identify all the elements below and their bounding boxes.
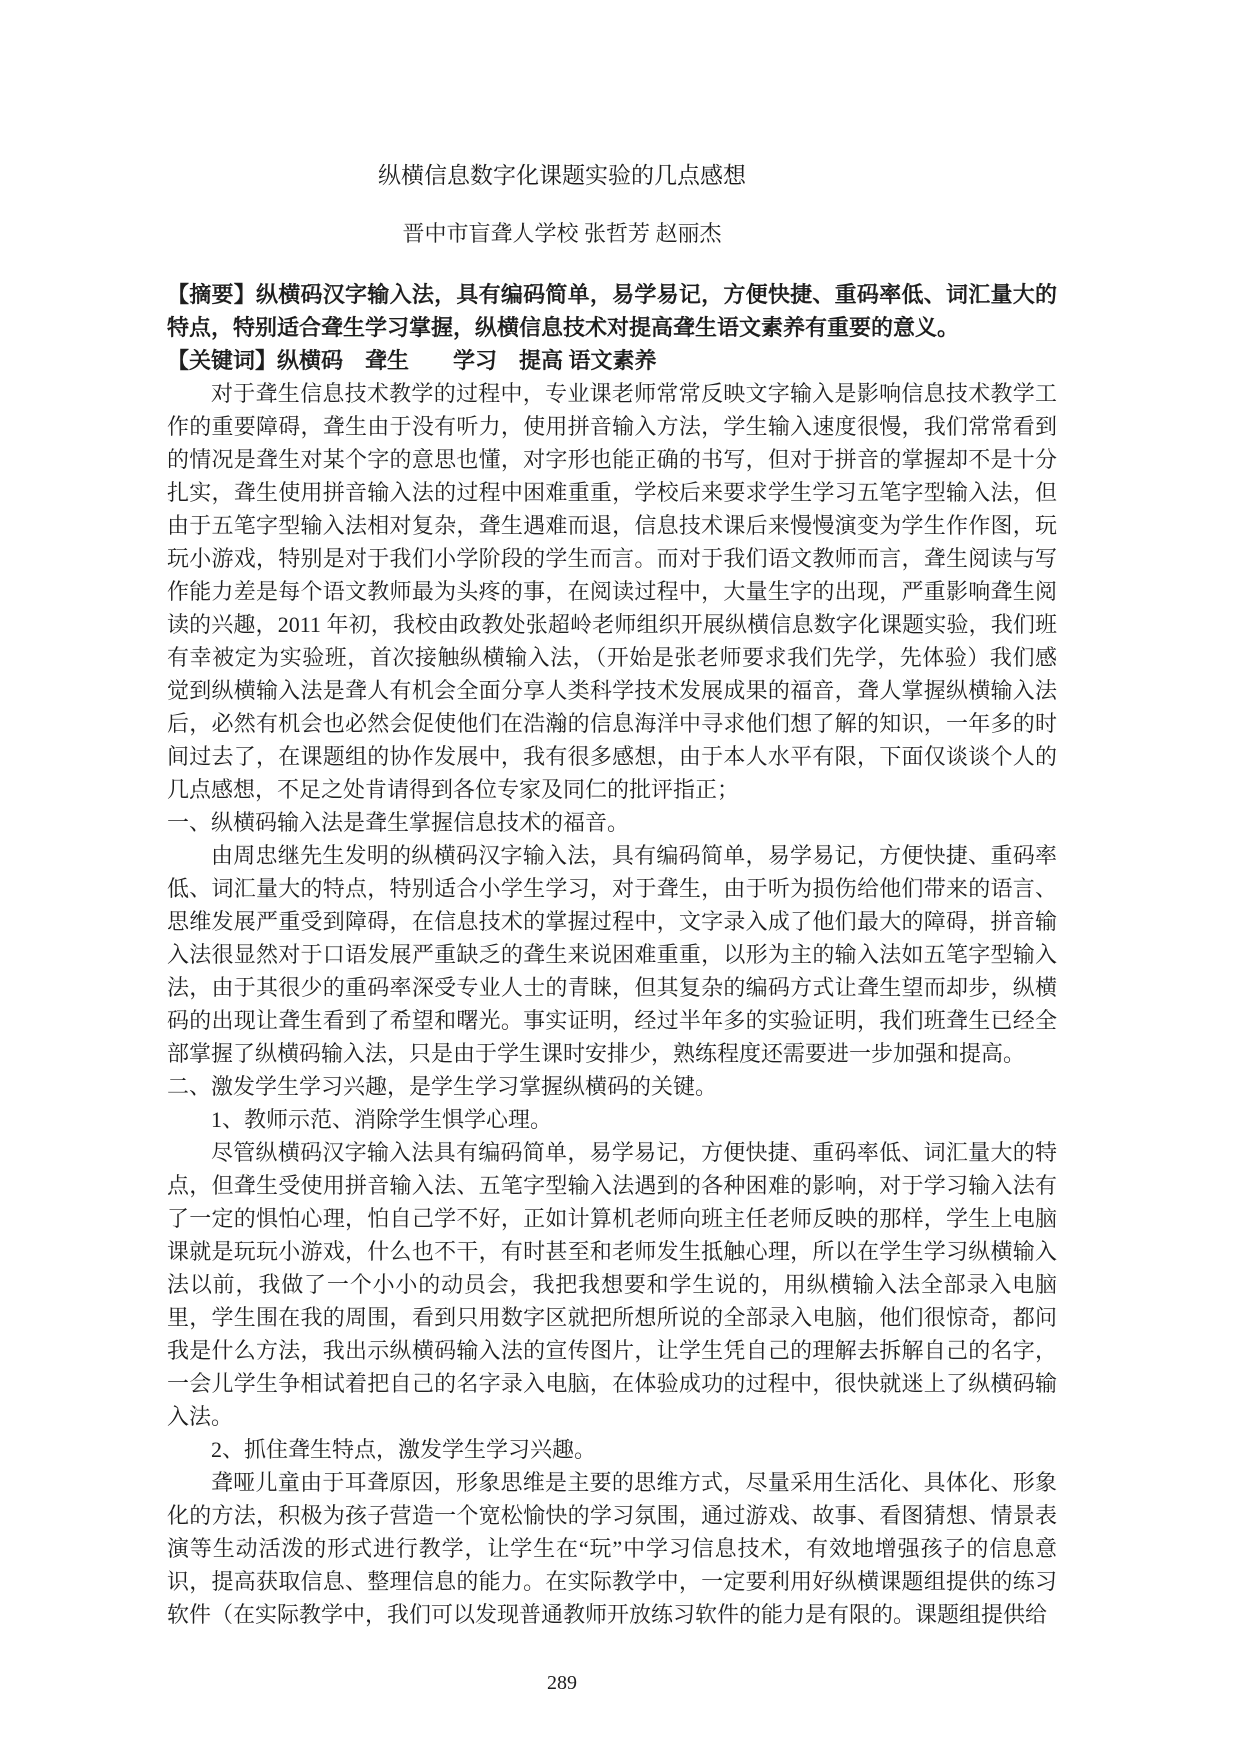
section-heading: 二、激发学生学习兴趣，是学生学习掌握纵横码的关键。 xyxy=(167,1070,1057,1103)
paragraph: 由周忠继先生发明的纵横码汉字输入法，具有编码简单，易学易记，方便快捷、重码率低、… xyxy=(167,839,1057,1070)
author-line: 晋中市盲聋人学校 张哲芳 赵丽杰 xyxy=(167,220,957,248)
keywords-text: 纵横码 聋生 学习 提高 语文素养 xyxy=(277,348,657,373)
paragraph: 对于聋生信息技术教学的过程中，专业课老师常常反映文字输入是影响信息技术教学工作的… xyxy=(167,377,1057,806)
document-page: 纵横信息数字化课题实验的几点感想 晋中市盲聋人学校 张哲芳 赵丽杰 【摘要】纵横… xyxy=(0,0,1246,1763)
sub-heading: 1、教师示范、消除学生惧学心理。 xyxy=(167,1103,1057,1136)
page-number: 289 xyxy=(167,1671,957,1695)
abstract: 【摘要】纵横码汉字输入法，具有编码简单，易学易记，方便快捷、重码率低、词汇量大的… xyxy=(167,278,1057,344)
document-content: 纵横信息数字化课题实验的几点感想 晋中市盲聋人学校 张哲芳 赵丽杰 【摘要】纵横… xyxy=(167,0,1057,1695)
page-title: 纵横信息数字化课题实验的几点感想 xyxy=(167,0,957,190)
body-paragraphs: 对于聋生信息技术教学的过程中，专业课老师常常反映文字输入是影响信息技术教学工作的… xyxy=(167,377,1057,1631)
section-heading: 一、纵横码输入法是聋生掌握信息技术的福音。 xyxy=(167,806,1057,839)
sub-heading: 2、抓住聋生特点，激发学生学习兴趣。 xyxy=(167,1433,1057,1466)
paragraph: 聋哑儿童由于耳聋原因，形象思维是主要的思维方式，尽量采用生活化、具体化、形象化的… xyxy=(167,1466,1057,1631)
abstract-text: 纵横码汉字输入法，具有编码简单，易学易记，方便快捷、重码率低、词汇量大的特点，特… xyxy=(167,282,1057,340)
keywords-label: 【关键词】 xyxy=(167,348,277,373)
paragraph: 尽管纵横码汉字输入法具有编码简单，易学易记，方便快捷、重码率低、词汇量大的特点，… xyxy=(167,1136,1057,1433)
keywords: 【关键词】纵横码 聋生 学习 提高 语文素养 xyxy=(167,344,1057,377)
abstract-label: 【摘要】 xyxy=(167,282,256,307)
